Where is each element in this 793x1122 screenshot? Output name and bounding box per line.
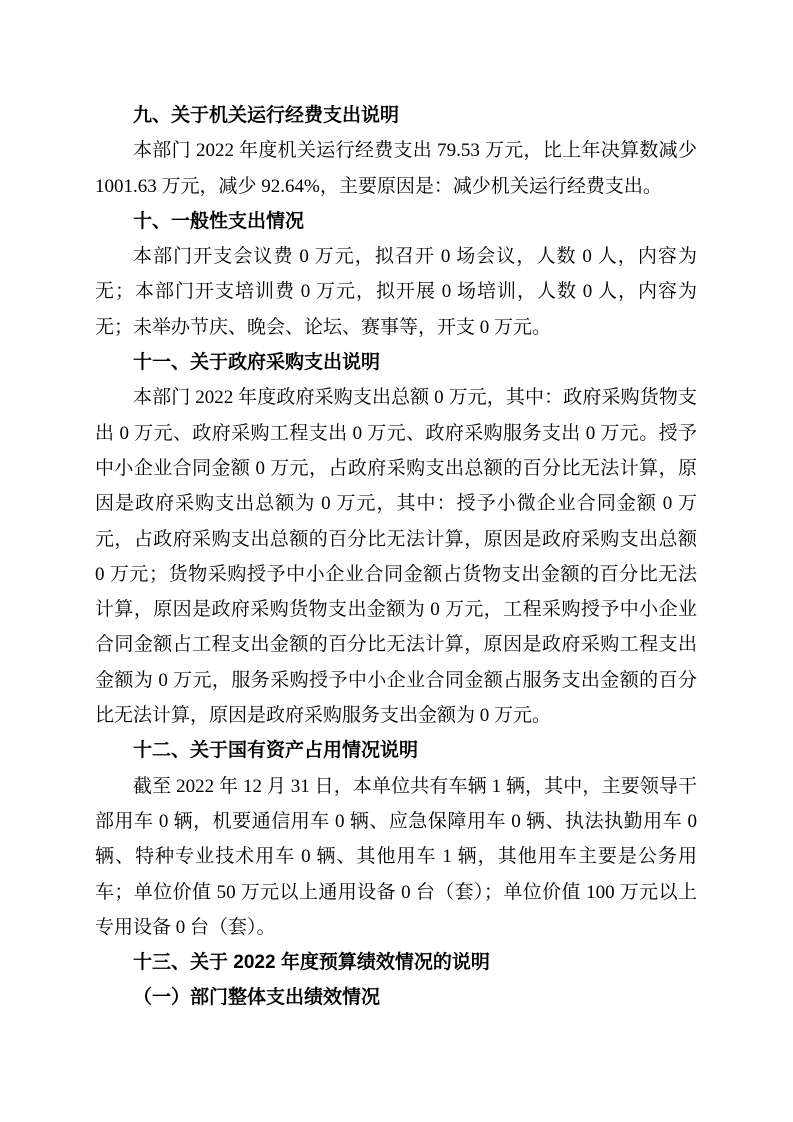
section-heading: 十、一般性支出情况	[95, 204, 697, 239]
document-page: 九、关于机关运行经费支出说明本部门 2022 年度机关运行经费支出 79.53 …	[0, 0, 793, 1122]
section-subheading: （一）部门整体支出绩效情况	[95, 980, 697, 1015]
document-body: 九、关于机关运行经费支出说明本部门 2022 年度机关运行经费支出 79.53 …	[95, 98, 697, 1016]
body-paragraph: 本部门 2022 年度政府采购支出总额 0 万元，其中：政府采购货物支出 0 万…	[95, 380, 697, 733]
section-heading: 十二、关于国有资产占用情况说明	[95, 733, 697, 768]
section-heading: 九、关于机关运行经费支出说明	[95, 98, 697, 133]
section-heading: 十一、关于政府采购支出说明	[95, 345, 697, 380]
section-heading: 十三、关于 2022 年度预算绩效情况的说明	[95, 945, 697, 980]
body-paragraph: 本部门 2022 年度机关运行经费支出 79.53 万元，比上年决算数减少 10…	[95, 133, 697, 204]
body-paragraph: 本部门开支会议费 0 万元，拟召开 0 场会议，人数 0 人，内容为无；本部门开…	[95, 239, 697, 345]
body-paragraph: 截至 2022 年 12 月 31 日，本单位共有车辆 1 辆，其中，主要领导干…	[95, 769, 697, 945]
